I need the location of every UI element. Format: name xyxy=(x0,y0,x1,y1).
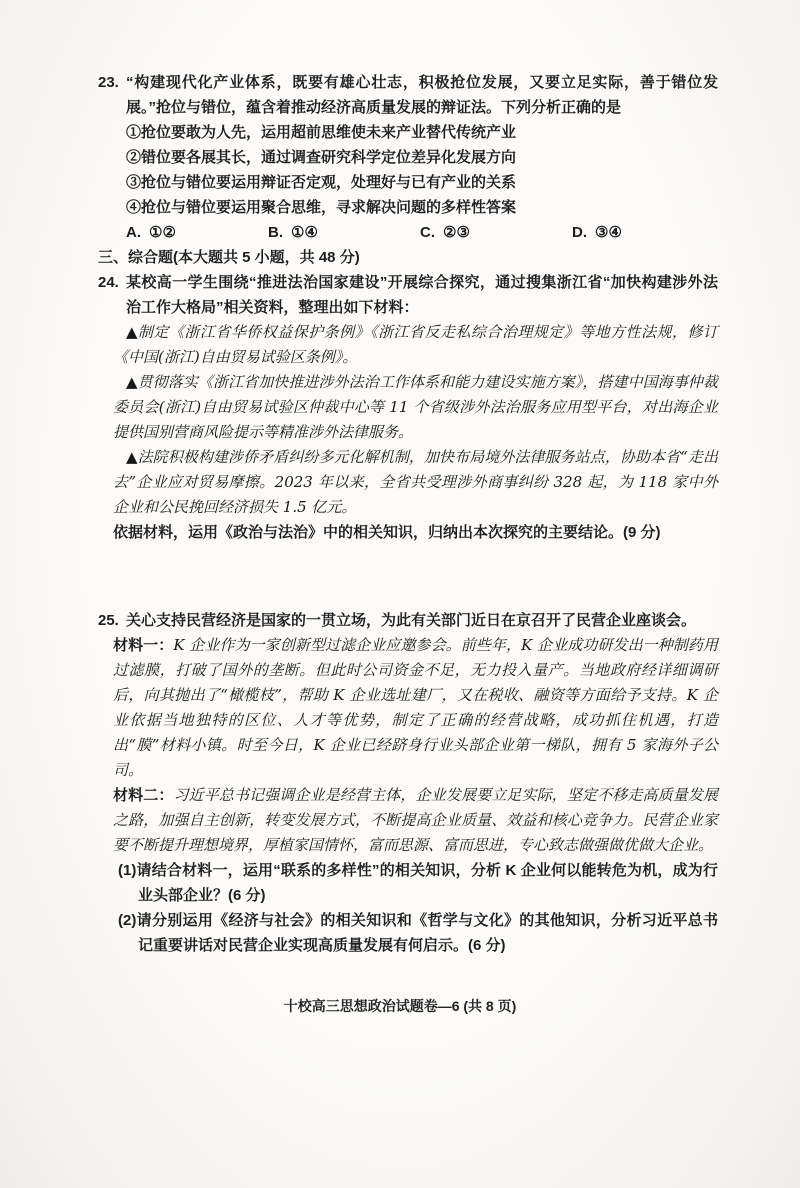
exam-paper-page: 23. “构建现代化产业体系，既要有雄心壮志，积极抢位发展，又要立足实际，善于错… xyxy=(0,0,800,1188)
question-23-options: A.①② B.①④ C.②③ D.③④ xyxy=(126,220,718,245)
option-d-label: D. xyxy=(572,224,587,241)
question-23-statement-2: ②错位要各展其长，通过调查研究科学定位差异化发展方向 xyxy=(126,145,718,170)
page-footer: 十校高三思想政治试题卷—6 (共 8 页) xyxy=(0,995,800,1017)
question-23-statement-3: ③抢位与错位要运用辩证否定观，处理好与已有产业的关系 xyxy=(126,170,718,195)
question-24-material-2: ▲贯彻落实《浙江省加快推进涉外法治工作体系和能力建设实施方案》，搭建中国海事仲裁… xyxy=(113,370,718,445)
option-b-value: ①④ xyxy=(291,224,318,241)
option-d-value: ③④ xyxy=(595,224,622,241)
option-a-label: A. xyxy=(126,224,141,241)
question-23-stem: “构建现代化产业体系，既要有雄心壮志，积极抢位发展，又要立足实际，善于错位发展。… xyxy=(126,74,718,116)
page-content: 23. “构建现代化产业体系，既要有雄心壮志，积极抢位发展，又要立足实际，善于错… xyxy=(98,70,718,958)
question-24-task: 依据材料，运用《政治与法治》中的相关知识，归纳出本次探究的主要结论。(9 分) xyxy=(113,520,718,545)
question-23-stem-row: 23. “构建现代化产业体系，既要有雄心壮志，积极抢位发展，又要立足实际，善于错… xyxy=(98,70,718,120)
question-25-stem: 关心支持民营经济是国家的一贯立场，为此有关部门近日在京召开了民营企业座谈会。 xyxy=(126,612,696,629)
material-1-label: 材料一： xyxy=(113,637,173,654)
question-24-material-1: ▲制定《浙江省华侨权益保护条例》《浙江省反走私综合治理规定》等地方性法规，修订《… xyxy=(113,320,718,370)
section-3-heading: 三、综合题(本大题共 5 小题，共 48 分) xyxy=(98,245,718,270)
option-c: C.②③ xyxy=(420,220,572,245)
question-23: 23. “构建现代化产业体系，既要有雄心壮志，积极抢位发展，又要立足实际，善于错… xyxy=(98,70,718,245)
question-24-material-3: ▲法院积极构建涉侨矛盾纠纷多元化解机制，加快布局境外法律服务站点，协助本省“走出… xyxy=(113,445,718,520)
option-d: D.③④ xyxy=(572,220,622,245)
option-a-value: ①② xyxy=(149,224,176,241)
question-24-stem: 某校高一学生围绕“推进法治国家建设”开展综合探究，通过搜集浙江省“加快构建涉外法… xyxy=(126,274,718,316)
option-b: B.①④ xyxy=(268,220,420,245)
material-1-text: K 企业作为一家创新型过滤企业应邀参会。前些年，K 企业成功研发出一种制药用过滤… xyxy=(113,636,718,779)
question-25-number: 25. xyxy=(98,608,119,633)
option-c-value: ②③ xyxy=(443,224,470,241)
answer-space xyxy=(98,545,718,608)
question-24-number: 24. xyxy=(98,270,119,295)
question-24: 24. 某校高一学生围绕“推进法治国家建设”开展综合探究，通过搜集浙江省“加快构… xyxy=(98,270,718,545)
material-2-label: 材料二： xyxy=(113,787,174,804)
question-25-subquestion-1: (1)请结合材料一，运用“联系的多样性”的相关知识，分析 K 企业何以能转危为机… xyxy=(118,858,718,908)
question-25-stem-row: 25. 关心支持民营经济是国家的一贯立场，为此有关部门近日在京召开了民营企业座谈… xyxy=(98,608,718,633)
question-23-statement-4: ④抢位与错位要运用聚合思维，寻求解决问题的多样性答案 xyxy=(126,195,718,220)
question-24-stem-row: 24. 某校高一学生围绕“推进法治国家建设”开展综合探究，通过搜集浙江省“加快构… xyxy=(98,270,718,320)
question-25-subquestion-2: (2)请分别运用《经济与社会》的相关知识和《哲学与文化》的其他知识，分析习近平总… xyxy=(118,908,718,958)
question-25-material-2: 材料二：习近平总书记强调企业是经营主体，企业发展要立足实际，坚定不移走高质量发展… xyxy=(113,783,718,858)
question-23-number: 23. xyxy=(98,70,119,95)
question-25: 25. 关心支持民营经济是国家的一贯立场，为此有关部门近日在京召开了民营企业座谈… xyxy=(98,608,718,958)
option-b-label: B. xyxy=(268,224,283,241)
question-23-statement-1: ①抢位要敢为人先，运用超前思维使未来产业替代传统产业 xyxy=(126,120,718,145)
material-2-text: 习近平总书记强调企业是经营主体，企业发展要立足实际，坚定不移走高质量发展之路，加… xyxy=(113,786,718,854)
option-c-label: C. xyxy=(420,224,435,241)
question-25-material-1: 材料一：K 企业作为一家创新型过滤企业应邀参会。前些年，K 企业成功研发出一种制… xyxy=(113,633,718,783)
option-a: A.①② xyxy=(126,220,268,245)
